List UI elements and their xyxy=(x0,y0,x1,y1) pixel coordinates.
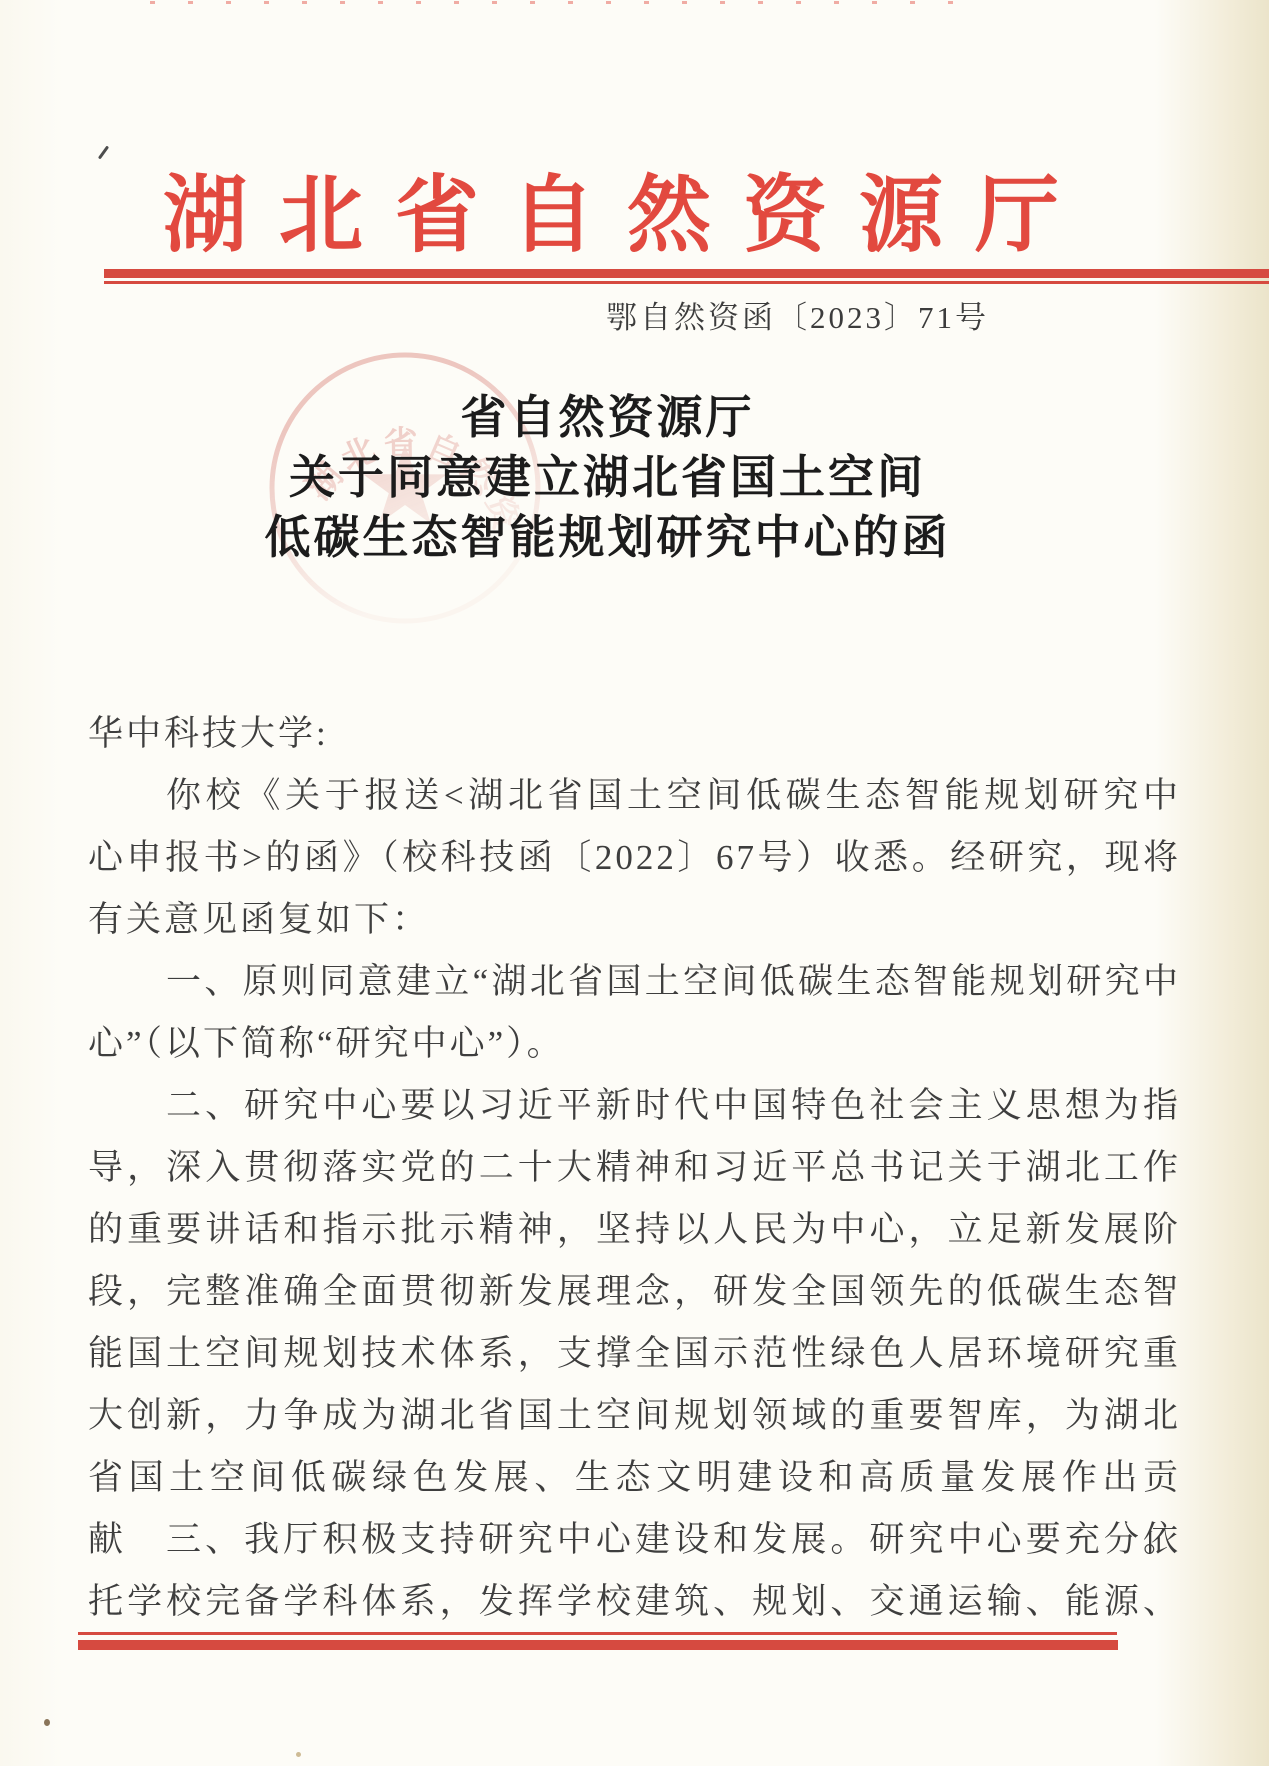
footer-rule-thick xyxy=(78,1640,1118,1650)
body-line: 省国土空间低碳绿色发展、生态文明建设和高质量发展作出贡献。 xyxy=(88,1447,1181,1509)
body-line: 的重要讲话和指示批示精神，坚持以人民为中心，立足新发展阶 xyxy=(88,1199,1181,1261)
title-line-2: 关于同意建立湖北省国土空间 xyxy=(0,448,1215,508)
body-line: 能国土空间规划技术体系，支撑全国示范性绿色人居环境研究重 xyxy=(88,1323,1181,1385)
body-line: 你校《关于报送<湖北省国土空间低碳生态智能规划研究中 xyxy=(88,765,1181,827)
footer-rule-thin xyxy=(78,1632,1117,1635)
title-line-1: 省自然资源厅 xyxy=(0,388,1215,448)
title-line-3: 低碳生态智能规划研究中心的函 xyxy=(0,508,1215,568)
body-line: 心”（以下简称“研究中心”）。 xyxy=(88,1013,1181,1075)
body-line: 托学校完备学科体系，发挥学校建筑、规划、交通运输、能源、 xyxy=(88,1571,1181,1633)
salutation: 华中科技大学: xyxy=(88,703,1181,765)
pen-tick-mark xyxy=(98,146,109,160)
body-line: 导，深入贯彻落实党的二十大精神和习近平总书记关于湖北工作 xyxy=(88,1137,1181,1199)
header-rule-thick xyxy=(104,269,1269,278)
scanned-official-letter: 湖北省自然资源厅 鄂自然资函〔2023〕71号 湖北省自然资源厅 省自然资源厅 … xyxy=(0,0,1269,1766)
body-line: 段，完整准确全面贯彻新发展理念，研发全国领先的低碳生态智 xyxy=(88,1261,1181,1323)
body-line: 一、原则同意建立“湖北省国土空间低碳生态智能规划研究中 xyxy=(88,951,1181,1013)
letter-body: 华中科技大学: 你校《关于报送<湖北省国土空间低碳生态智能规划研究中 心申报书>… xyxy=(88,703,1181,1633)
scan-speck xyxy=(296,1752,301,1757)
document-reference-number: 鄂自然资函〔2023〕71号 xyxy=(606,292,989,337)
body-line: 心申报书>的函》（校科技函〔2022〕67号）收悉。经研究，现将 xyxy=(88,827,1181,889)
scan-speck xyxy=(44,1719,50,1726)
body-line: 大创新，力争成为湖北省国土空间规划领域的重要智库，为湖北 xyxy=(88,1385,1181,1447)
header-rule-thin xyxy=(104,281,1269,284)
letterhead-org-name: 湖北省自然资源厅 xyxy=(163,148,1163,269)
body-line: 二、研究中心要以习近平新时代中国特色社会主义思想为指 xyxy=(88,1075,1181,1137)
document-title: 省自然资源厅 关于同意建立湖北省国土空间 低碳生态智能规划研究中心的函 xyxy=(0,388,1215,568)
scan-edge-dots xyxy=(150,1,960,4)
body-line: 有关意见函复如下： xyxy=(88,889,1181,951)
body-line: 三、我厅积极支持研究中心建设和发展。研究中心要充分依 xyxy=(88,1509,1181,1571)
